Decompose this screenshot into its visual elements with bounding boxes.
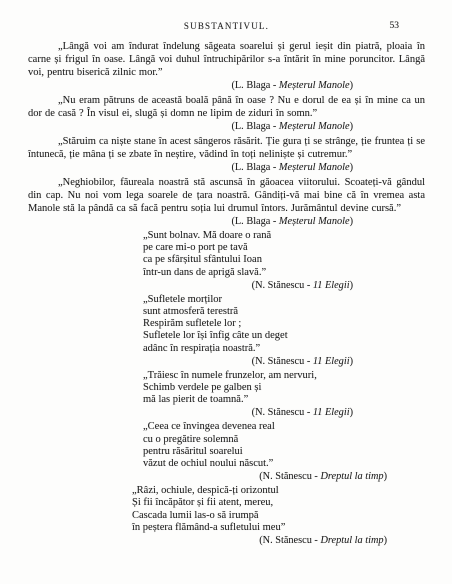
- attribution-work: Meșterul Manole: [279, 216, 350, 227]
- attribution: (N. Stănescu - 11 Elegii): [28, 355, 425, 368]
- attribution-work: 11 Elegii: [313, 356, 350, 367]
- attribution: (L. Blaga - Meșterul Manole): [28, 79, 425, 92]
- attribution-author: (N. Stănescu -: [259, 535, 320, 546]
- verse-line: ca pe sfârșitul sfântului Ioan: [143, 254, 425, 266]
- verse-line: pentru răsăritul soarelui: [143, 446, 425, 458]
- attribution-close: ): [350, 121, 353, 132]
- attribution-author: (L. Blaga -: [231, 216, 278, 227]
- attribution-work: Dreptul la timp: [320, 471, 383, 482]
- verse-line: „Trăiesc în numele frunzelor, am nervuri…: [143, 370, 425, 382]
- verse-line: mă las pierit de toamnă.”: [143, 394, 425, 406]
- attribution-work: Meșterul Manole: [279, 80, 350, 91]
- attribution-author: (L. Blaga -: [231, 162, 278, 173]
- verse-line: Cascada lumii las-o să irumpă: [132, 510, 425, 522]
- verse-line: sunt atmosferă terestră: [143, 306, 425, 318]
- attribution-author: (L. Blaga -: [231, 80, 278, 91]
- prose-quote: „Lângă voi am îndurat îndelung săgeata s…: [28, 40, 425, 79]
- attribution-work: 11 Elegii: [313, 407, 350, 418]
- running-head: SUBSTANTIVUL. 53: [28, 21, 425, 32]
- attribution-close: ): [384, 535, 387, 546]
- verse-line: „Râzi, ochiule, despică-ți orizontul: [132, 485, 425, 497]
- verse-line: Schimb verdele pe galben și: [143, 382, 425, 394]
- attribution: (N. Stănescu - Dreptul la timp): [28, 534, 425, 547]
- page-title: SUBSTANTIVUL.: [184, 21, 269, 31]
- verse-line: cu o pregătire solemnă: [143, 434, 425, 446]
- attribution: (L. Blaga - Meșterul Manole): [28, 120, 425, 133]
- verse-line: adânc în respirația noastră.”: [143, 343, 425, 355]
- verse-line: pe care mi-o port pe tavă: [143, 242, 425, 254]
- attribution-close: ): [350, 216, 353, 227]
- verse-quote: „Ceea ce învingea devenea real cu o preg…: [143, 421, 425, 470]
- attribution-close: ): [350, 407, 353, 418]
- verse-line: „Ceea ce învingea devenea real: [143, 421, 425, 433]
- attribution-close: ): [350, 356, 353, 367]
- verse-quote: „Sunt bolnav. Mă doare o rană pe care mi…: [143, 230, 425, 279]
- attribution-author: (N. Stănescu -: [252, 356, 313, 367]
- prose-quote: „Stăruim ca niște stane în acest sângero…: [28, 135, 425, 161]
- attribution-work: Dreptul la timp: [320, 535, 383, 546]
- prose-quote: „Neghiobilor, făureala noastră stă ascun…: [28, 176, 425, 215]
- attribution-work: 11 Elegii: [313, 280, 350, 291]
- attribution: (N. Stănescu - 11 Elegii): [28, 406, 425, 419]
- attribution-author: (N. Stănescu -: [259, 471, 320, 482]
- attribution-close: ): [384, 471, 387, 482]
- attribution: (N. Stănescu - Dreptul la timp): [28, 470, 425, 483]
- page-number: 53: [390, 21, 400, 31]
- verse-quote: „Râzi, ochiule, despică-ți orizontul Și …: [132, 485, 425, 534]
- verse-line: Respirăm sufletele lor ;: [143, 318, 425, 330]
- attribution-author: (N. Stănescu -: [252, 280, 313, 291]
- verse-quote: „Sufletele morților sunt atmosferă teres…: [143, 294, 425, 355]
- verse-line: „Sufletele morților: [143, 294, 425, 306]
- attribution-author: (N. Stănescu -: [252, 407, 313, 418]
- prose-quote: „Nu eram pătruns de această boală până î…: [28, 94, 425, 120]
- attribution-close: ): [350, 80, 353, 91]
- verse-line: în peștera flămând-a sufletului meu”: [132, 522, 425, 534]
- attribution-author: (L. Blaga -: [231, 121, 278, 132]
- attribution: (L. Blaga - Meșterul Manole): [28, 215, 425, 228]
- verse-line: văzut de ochiul noului născut.”: [143, 458, 425, 470]
- verse-line: „Sunt bolnav. Mă doare o rană: [143, 230, 425, 242]
- verse-line: Și fii încăpător și fii atent, mereu,: [132, 497, 425, 509]
- verse-quote: „Trăiesc în numele frunzelor, am nervuri…: [143, 370, 425, 407]
- verse-line: într-un dans de aprigă slavă.”: [143, 267, 425, 279]
- attribution-close: ): [350, 162, 353, 173]
- attribution-close: ): [350, 280, 353, 291]
- attribution-work: Meșterul Manole: [279, 162, 350, 173]
- book-page: SUBSTANTIVUL. 53 „Lângă voi am îndurat î…: [0, 0, 452, 584]
- attribution-work: Meșterul Manole: [279, 121, 350, 132]
- attribution: (L. Blaga - Meșterul Manole): [28, 161, 425, 174]
- verse-line: Sufletele lor își înfig câte un deget: [143, 330, 425, 342]
- attribution: (N. Stănescu - 11 Elegii): [28, 279, 425, 292]
